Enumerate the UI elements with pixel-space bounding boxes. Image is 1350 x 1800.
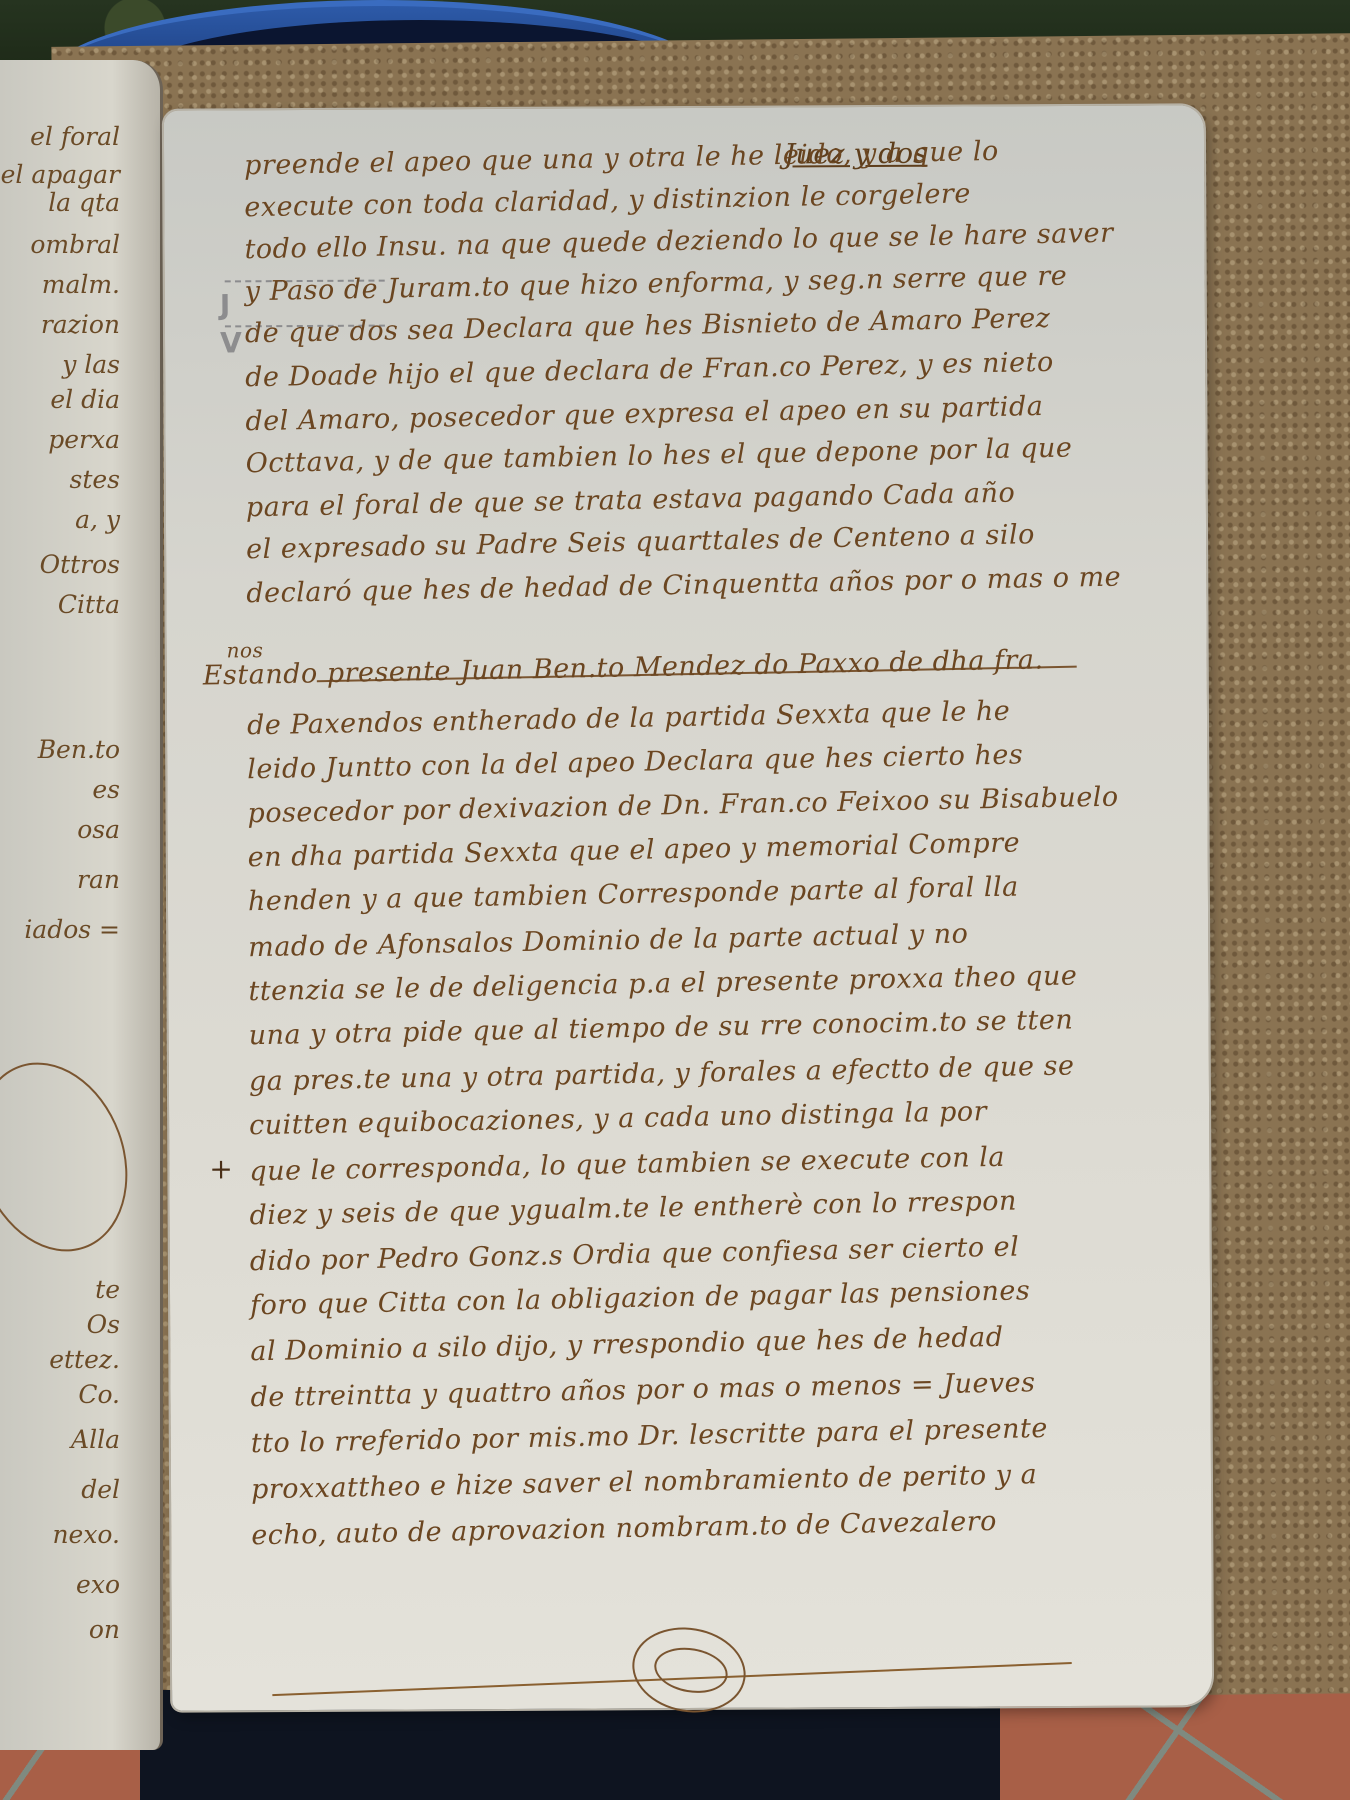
manuscript-line: ttenzia se le de deligencia p.a el prese… <box>248 960 1077 1007</box>
left-line: Citta <box>0 590 120 619</box>
manuscript-line: proxxattheo e hize saver el nombramiento… <box>251 1459 1038 1505</box>
left-line: ettez. <box>0 1345 120 1374</box>
manuscript-line: del Amaro, posecedor que expresa el apeo… <box>245 391 1043 437</box>
left-line: te <box>0 1275 120 1304</box>
notary-rubric-signature <box>626 1619 753 1721</box>
manuscript-line: henden y a que tambien Corresponde parte… <box>248 872 1019 918</box>
manuscript-line: ga pres.te una y otra partida, y forales… <box>249 1050 1075 1097</box>
manuscript-line: todo ello Insu. na que quede deziendo lo… <box>244 218 1113 266</box>
manuscript-line: para el foral de que se trata estava pag… <box>246 478 1016 524</box>
manuscript-line: en dha partida Sexxta que el apeo y memo… <box>247 827 1020 873</box>
manuscript-line: foro que Citta con la obligazion de paga… <box>250 1275 1031 1321</box>
left-line: ombral <box>0 230 120 259</box>
manuscript-line: cuitten equibocaziones, y a cada uno dis… <box>249 1096 988 1141</box>
manuscript-line: leido Juntto con la del apeo Declara que… <box>247 739 1023 785</box>
left-line: malm. <box>0 270 120 299</box>
left-line: iados = <box>0 915 120 944</box>
left-line: Alla <box>0 1425 120 1454</box>
manuscript-line: mado de Afonsalos Dominio de la parte ac… <box>248 918 969 963</box>
left-line: del <box>0 1475 120 1504</box>
left-line: Co. <box>0 1380 120 1409</box>
left-line: es <box>0 775 120 804</box>
left-line: el foral <box>0 122 120 151</box>
left-line: el dia <box>0 385 120 414</box>
manuscript-line: Octtava, y de que tambien lo hes el que … <box>245 432 1072 479</box>
left-line: nexo. <box>0 1520 120 1549</box>
left-page-fragment: el foral el apagar la qta ombral malm. r… <box>0 60 163 1750</box>
left-line: osa <box>0 815 120 844</box>
left-line: perxa <box>0 425 120 454</box>
left-line: y las <box>0 350 120 379</box>
left-line: Ben.to <box>0 735 120 764</box>
left-line: a, y <box>0 505 120 534</box>
left-line: ran <box>0 865 120 894</box>
manuscript-line: diez y seis de que ygualm.te le entherè … <box>249 1186 1017 1232</box>
manuscript-line: execute con toda claridad, y distinzion … <box>244 178 971 223</box>
manuscript-line: al Dominio a silo dijo, y rrespondio que… <box>250 1322 1004 1367</box>
manuscript-line: posecedor por dexivazion de Dn. Fran.co … <box>247 782 1119 830</box>
manuscript-line: declaró que hes de hedad de Cinquentta a… <box>246 562 1121 610</box>
left-line: Os <box>0 1310 120 1339</box>
left-page-rubric <box>0 1041 153 1273</box>
manuscript-line: una y otra pide que al tiempo de su rre … <box>248 1004 1073 1051</box>
left-line: razion <box>0 310 120 339</box>
manuscript-line: que le corresponda, lo que tambien se ex… <box>249 1142 1005 1188</box>
manuscript-line: de ttreintta y quattro años por o mas o … <box>250 1367 1036 1413</box>
faded-stamp: J V <box>220 250 371 371</box>
manuscript-line: de Paxendos entherado de la partida Sexx… <box>247 696 1011 742</box>
manuscript-line: dido por Pedro Gonz.s Ordia que confiesa… <box>250 1232 1020 1278</box>
manuscript-page: J V Juez y dos preende el apeo que una y… <box>164 105 1212 1710</box>
margin-cross-mark: + <box>209 1152 233 1185</box>
left-line: la qta <box>0 188 120 217</box>
left-line: stes <box>0 465 120 494</box>
manuscript-line: el expresado su Padre Seis quarttales de… <box>246 519 1035 565</box>
manuscript-line: tto lo rreferido por mis.mo Dr. lescritt… <box>251 1413 1049 1459</box>
left-line: on <box>0 1615 120 1644</box>
manuscript-line: preende el apeo que una y otra le he lei… <box>244 136 999 181</box>
manuscript-line-paragraph-start: Estando presente Juan Ben.to Mendez do P… <box>202 644 1043 691</box>
manuscript-line: echo, auto de aprovazion nombram.to de C… <box>251 1506 997 1551</box>
rubric-flourish <box>651 1642 731 1698</box>
left-line: exo <box>0 1570 120 1599</box>
left-line: Ottros <box>0 550 120 579</box>
left-line: el apagar <box>0 160 120 189</box>
